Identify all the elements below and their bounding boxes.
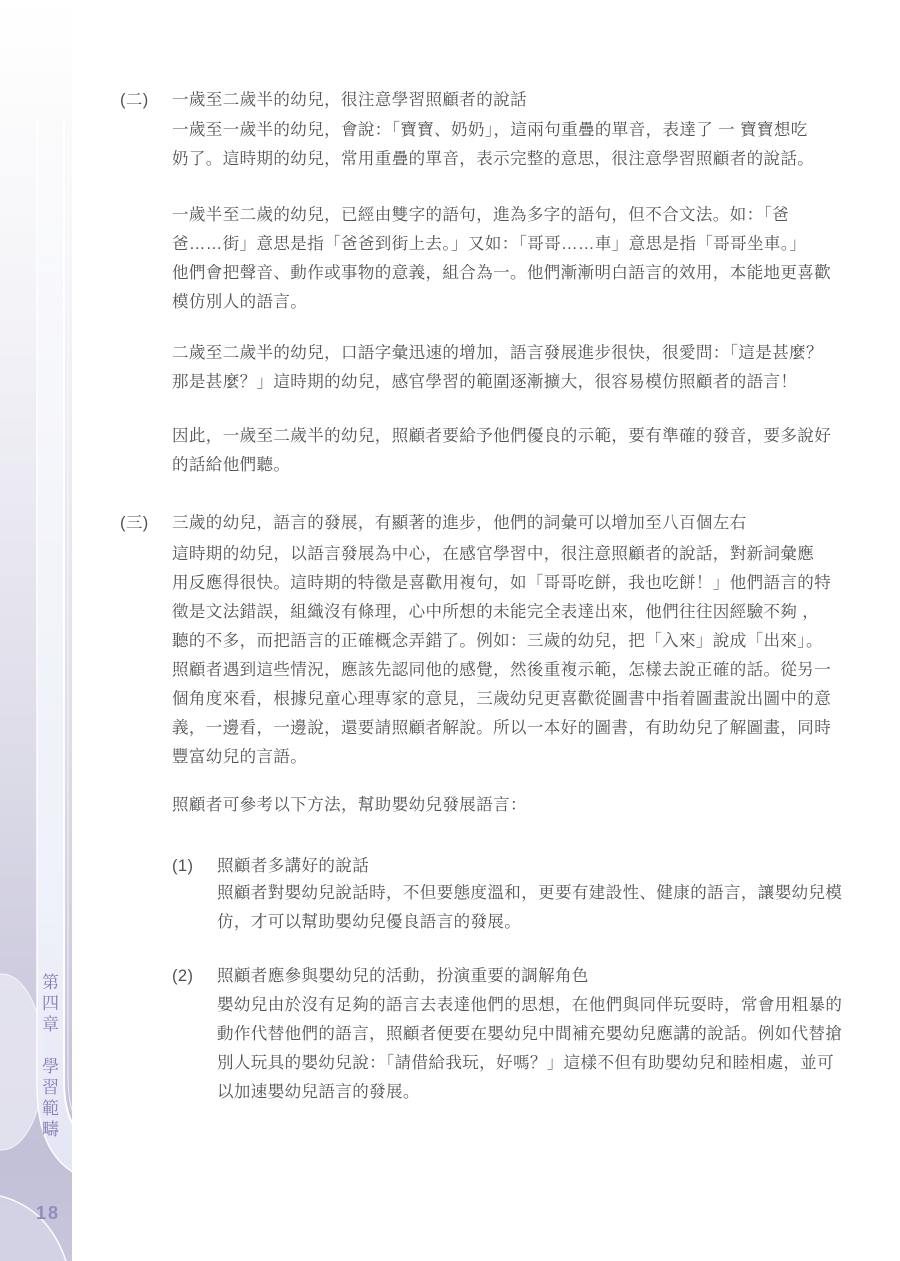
paragraph: 照顧者可參考以下方法，幫助嬰幼兒發展語言： (172, 791, 864, 820)
section-marker: (三) (120, 509, 172, 538)
page-content: (二) 一歲至二歲半的幼兒，很注意學習照顧者的說話 一歲至一歲半的幼兒，會說：「… (0, 0, 900, 1261)
list-item-body: 照顧者對嬰幼兒說話時，不但要態度溫和，更要有建設性、健康的語言，讓嬰幼兒模 仿，… (217, 879, 865, 937)
list-item-marker: (2) (172, 962, 217, 991)
section-marker: (二) (120, 86, 172, 115)
section-heading: 一歲至二歲半的幼兒，很注意學習照顧者的說話 (172, 86, 840, 115)
chapter-tab: 第四章學習範疇 (39, 973, 57, 1141)
section-heading-row: (三) 三歲的幼兒，語言的發展，有顯著的進步，他們的詞彙可以增加至八百個左右 (120, 509, 840, 538)
section-heading-row: (二) 一歲至二歲半的幼兒，很注意學習照顧者的說話 (120, 86, 840, 115)
paragraph: 一歲半至二歲的幼兒，已經由雙字的語句，進為多字的語句，但不合文法。如：「爸 爸…… (172, 201, 864, 317)
paragraph: 這時期的幼兒，以語言發展為中心，在感官學習中，很注意照顧者的說話，對新詞彙應 用… (172, 540, 864, 772)
list-item-marker: (1) (172, 852, 217, 881)
document-page: 第四章學習範疇 18 (二) 一歲至二歲半的幼兒，很注意學習照顧者的說話 一歲至… (0, 0, 900, 1261)
paragraph: 因此，一歲至二歲半的幼兒，照顧者要給予他們優良的示範，要有準確的發音，要多說好 … (172, 422, 864, 480)
page-number: 18 (36, 1203, 60, 1224)
list-item-heading-row: (1) 照顧者多講好的說話 (172, 852, 852, 881)
list-item-heading-row: (2) 照顧者應參與嬰幼兒的活動，扮演重要的調解角色 (172, 962, 852, 991)
paragraph: 二歲至二歲半的幼兒，口語字彙迅速的增加，語言發展進步很快，很愛問：「這是甚麼？ … (172, 339, 864, 397)
list-item-body: 嬰幼兒由於沒有足夠的語言去表達他們的思想，在他們與同伴玩耍時，常會用粗暴的 動作… (217, 991, 865, 1107)
chapter-label: 第四章 (39, 973, 58, 1036)
list-item-heading: 照顧者多講好的說話 (217, 852, 369, 881)
section-label: 學習範疇 (39, 1057, 58, 1141)
paragraph: 一歲至一歲半的幼兒，會說：「寶寶、奶奶」，這兩句重疊的單音，表達了 一 寶寶想吃… (172, 116, 864, 174)
list-item-heading: 照顧者應參與嬰幼兒的活動，扮演重要的調解角色 (217, 962, 589, 991)
section-heading: 三歲的幼兒，語言的發展，有顯著的進步，他們的詞彙可以增加至八百個左右 (172, 509, 840, 538)
